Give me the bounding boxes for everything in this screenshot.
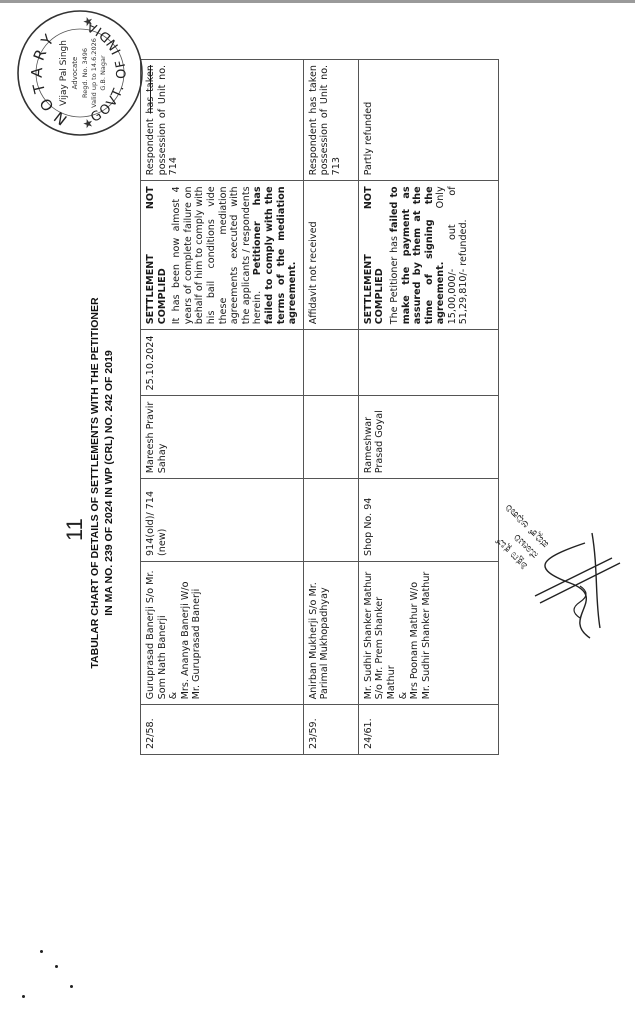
remarks: Partly refunded	[358, 60, 498, 181]
date: 25.10.2024	[141, 330, 304, 396]
respondent	[303, 396, 358, 479]
status: Affidavit not received	[303, 181, 358, 330]
name-line: Mr. Sudhir Shanker Mathur S/o Mr. Prem S…	[363, 567, 398, 699]
status-body: The Petitioner has failed to make the pa…	[389, 186, 470, 324]
svg-text:Regd. No. 3496: Regd. No. 3496	[81, 48, 89, 98]
name-line: Mrs. Ananya Banerji W/o Mr. Guruprasad B…	[180, 567, 203, 699]
unit	[303, 479, 358, 562]
status-heading-line2: COMPLIED	[374, 186, 386, 324]
status: SETTLEMENT NOT COMPLIED It has been now …	[141, 181, 304, 330]
svg-text:Vijay Pal Singh: Vijay Pal Singh	[59, 40, 69, 106]
petitioner-names: Mr. Sudhir Shanker Mathur S/o Mr. Prem S…	[358, 561, 498, 704]
status-heading: SETTLEMENT NOT	[145, 186, 157, 324]
table-row: 23/59. Anirban Mukherji S/o Mr. Parimal …	[303, 60, 358, 755]
document-title: TABULAR CHART OF DETAILS OF SETTLEMENTS …	[88, 203, 116, 763]
table-row: 24/61. Mr. Sudhir Shanker Mathur S/o Mr.…	[358, 60, 498, 755]
title-line-2: IN MA NO. 239 OF 2024 IN WP (CRL) NO. 24…	[102, 203, 116, 763]
svg-text:★: ★	[81, 118, 95, 129]
settlement-table: 22/58. Guruprasad Banerji S/o Mr. Som Na…	[140, 59, 499, 755]
notary-stamp: NOTARY GOVT. OF INDIA Vijay Pal Singh Ad…	[0, 3, 150, 143]
status-heading-line2: COMPLIED	[157, 186, 169, 324]
scan-dot	[55, 965, 58, 968]
status-heading: SETTLEMENT NOT	[363, 186, 375, 324]
svg-text:G.B. Nagar: G.B. Nagar	[99, 55, 107, 91]
scan-dot	[70, 985, 73, 988]
title-line-1: TABULAR CHART OF DETAILS OF SETTLEMENTS …	[88, 203, 102, 763]
document-page: 11 TABULAR CHART OF DETAILS OF SETTLEMEN…	[0, 0, 635, 1013]
unit: Shop No. 94	[358, 479, 498, 562]
name-line: &	[398, 567, 410, 699]
unit: 914(old)/ 714 (new)	[141, 479, 304, 562]
respondent: Mareesh Pravir Sahay	[141, 396, 304, 479]
respondent: Rameshwar Prasad Goyal	[358, 396, 498, 479]
svg-text:Valid up to 14.6.2026: Valid up to 14.6.2026	[90, 38, 98, 108]
svg-text:★: ★	[81, 16, 95, 27]
petitioner-names: Anirban Mukherji S/o Mr. Parimal Mukhopa…	[303, 561, 358, 704]
remarks: Respondent has taken possession of Unit …	[303, 60, 358, 181]
name-line: Mrs Poonam Mathur W/o Mr. Sudhir Shanker…	[409, 567, 432, 699]
name-line: Guruprasad Banerji S/o Mr. Som Nath Bane…	[145, 567, 168, 699]
scan-dot	[40, 950, 43, 953]
sr-no: 24/61.	[358, 705, 498, 755]
scan-dot	[22, 995, 25, 998]
date	[358, 330, 498, 396]
table-row: 22/58. Guruprasad Banerji S/o Mr. Som Na…	[141, 60, 304, 755]
sr-no: 23/59.	[303, 705, 358, 755]
petitioner-names: Guruprasad Banerji S/o Mr. Som Nath Bane…	[141, 561, 304, 704]
remarks: Respondent has taken possession of Unit …	[141, 60, 304, 181]
name-line: &	[168, 567, 180, 699]
status: SETTLEMENT NOT COMPLIED The Petitioner h…	[358, 181, 498, 330]
svg-text:Advocate: Advocate	[71, 57, 79, 90]
page-number: 11	[62, 518, 88, 541]
status-body: It has been now almost 4 years of comple…	[171, 186, 299, 324]
date	[303, 330, 358, 396]
name-line: Anirban Mukherji S/o Mr. Parimal Mukhopa…	[308, 567, 331, 699]
sr-no: 22/58.	[141, 705, 304, 755]
